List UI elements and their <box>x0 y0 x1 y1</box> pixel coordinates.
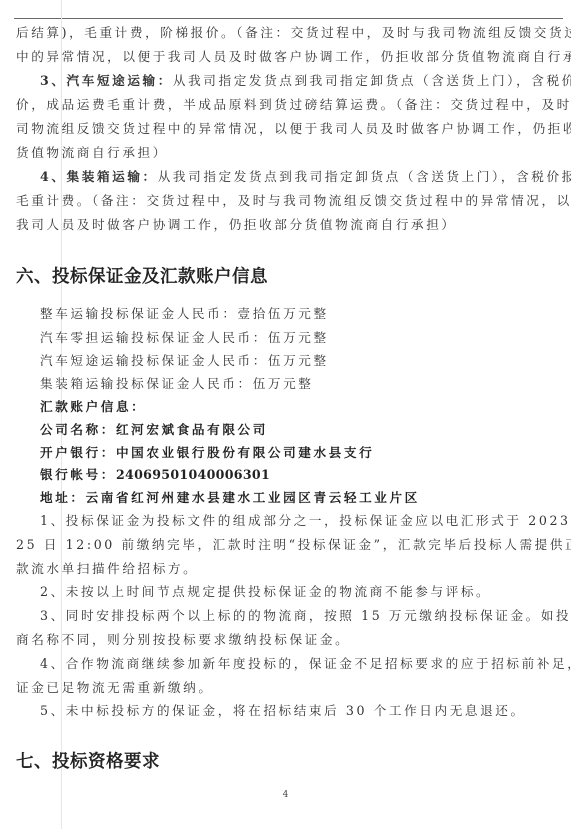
page-number: 4 <box>0 790 571 800</box>
rule-4-line-1: 4、合作物流商继续参加新年度投标的，保证金不足招标要求的应于招标前补足，保 <box>40 655 571 673</box>
item-4-line-3: 我司人员及时做客户协调工作，仍拒收部分货值物流商自行承担） <box>16 216 457 234</box>
item-3-label: 3、汽车短途运输： <box>40 73 173 88</box>
rule-3-line-1: 3、同时安排投标两个以上标的的物流商，按照 15 万元缴纳投标保证金。如投标物流 <box>40 607 571 625</box>
section-7-title: 七、投标资格要求 <box>16 748 160 773</box>
company-name-value: 红河宏斌食品有限公司 <box>116 422 268 437</box>
item-3-text: 从我司指定发货点到我司指定卸货点（含送货上门），含税价报 <box>173 73 571 88</box>
bank-value: 中国农业银行股份有限公司建水县支行 <box>116 445 374 460</box>
section-6-title: 六、投标保证金及汇款账户信息 <box>16 263 268 288</box>
rule-2-line-1: 2、未按以上时间节点规定提供投标保证金的物流商不能参与评标。 <box>40 583 491 601</box>
item-4-text: 从我司指定发货点到我司指定卸货点（含送货上门），含税价报价， <box>158 169 571 184</box>
account-heading: 汇款账户信息： <box>40 398 146 416</box>
address-value: 云南省红河州建水县建水工业园区青云轻工业片区 <box>86 490 420 505</box>
company-name-row: 公司名称：红河宏斌食品有限公司 <box>40 421 268 439</box>
deposit-line: 汽车零担运输投标保证金人民币：伍万元整 <box>40 329 329 347</box>
continuation-line-1: 后结算)，毛重计费，阶梯报价。（备注：交货过程中，及时与我司物流组反馈交货过程 <box>16 24 571 42</box>
rule-3-line-2: 商名称不同，则分别按投标要求缴纳投标保证金。 <box>16 631 350 649</box>
address-label: 地址： <box>40 490 86 505</box>
item-4-line-1: 4、集装箱运输：从我司指定发货点到我司指定卸货点（含送货上门），含税价报价， <box>40 168 571 186</box>
rule-4-line-2: 证金已足物流无需重新缴纳。 <box>16 679 214 697</box>
item-3-line-1: 3、汽车短途运输：从我司指定发货点到我司指定卸货点（含送货上门），含税价报 <box>40 72 571 90</box>
account-number-row: 银行帐号：24069501040006301 <box>40 466 270 484</box>
rule-5-line-1: 5、未中标投标方的保证金，将在招标结束后 30 个工作日内无息退还。 <box>40 702 526 720</box>
company-name-label: 公司名称： <box>40 422 116 437</box>
rule-1-line-2: 25 日 12:00 前缴纳完毕，汇款时注明“投标保证金”，汇款完毕后投标人需提… <box>16 536 571 554</box>
account-number-value: 24069501040006301 <box>116 467 270 482</box>
document-page: 后结算)，毛重计费，阶梯报价。（备注：交货过程中，及时与我司物流组反馈交货过程 … <box>0 0 571 829</box>
item-3-line-3: 司物流组反馈交货过程中的异常情况，以便于我司人员及时做客户协调工作，仍拒收部分 <box>16 120 571 138</box>
account-number-label: 银行帐号： <box>40 467 116 482</box>
deposit-line: 集装箱运输投标保证金人民币：伍万元整 <box>40 375 314 393</box>
deposit-line: 整车运输投标保证金人民币：壹拾伍万元整 <box>40 305 329 323</box>
bank-row: 开户银行：中国农业银行股份有限公司建水县支行 <box>40 444 374 462</box>
rule-1-line-3: 款流水单扫描件给招标方。 <box>16 560 198 578</box>
item-4-label: 4、集装箱运输： <box>40 169 158 184</box>
deposit-line: 汽车短途运输投标保证金人民币：伍万元整 <box>40 352 329 370</box>
item-4-line-2: 毛重计费。（备注：交货过程中，及时与我司物流组反馈交货过程中的异常情况，以便于 <box>16 192 571 210</box>
item-3-line-2: 价，成品运费毛重计费，半成品原料到货过磅结算运费。（备注：交货过程中，及时与我 <box>16 96 571 114</box>
rule-1-line-1: 1、投标保证金为投标文件的组成部分之一，投标保证金应以电汇形式于 2023 年 … <box>40 512 571 530</box>
item-3-line-4: 货值物流商自行承担） <box>16 144 168 162</box>
header-rule <box>14 18 563 19</box>
continuation-line-2: 中的异常情况，以便于我司人员及时做客户协调工作，仍拒收部分货值物流商自行承担） <box>16 48 571 66</box>
address-row: 地址：云南省红河州建水县建水工业园区青云轻工业片区 <box>40 489 420 507</box>
bank-label: 开户银行： <box>40 445 116 460</box>
